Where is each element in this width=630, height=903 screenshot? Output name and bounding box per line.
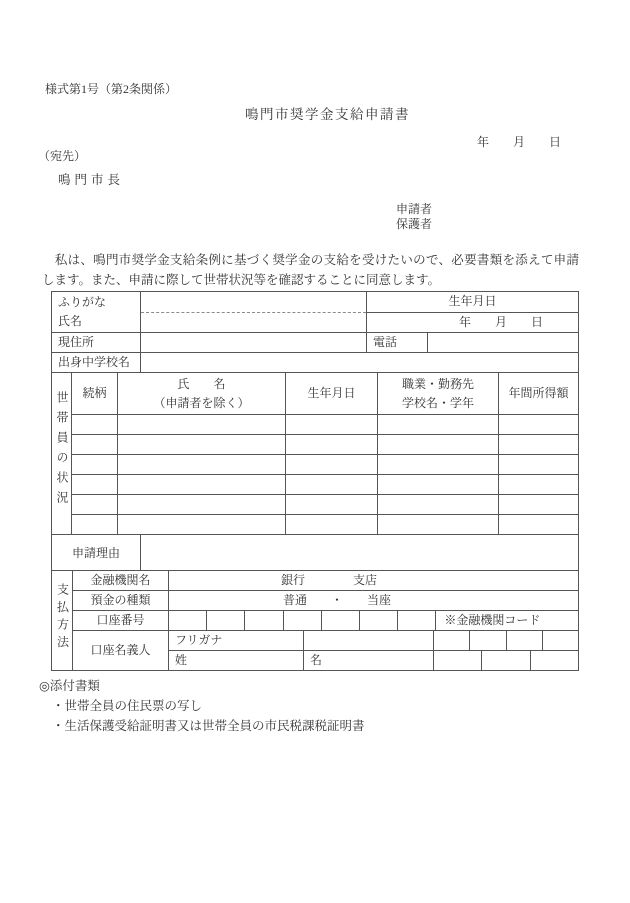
payment-side-label-cell: 支払方法 bbox=[52, 571, 73, 671]
holder-furigana-label: フリガナ bbox=[169, 631, 303, 650]
occupation-field[interactable] bbox=[378, 415, 499, 435]
income-field[interactable] bbox=[499, 495, 579, 515]
attachments-heading: ◎添付書類 bbox=[39, 676, 365, 696]
attachment-item: ・生活保護受給証明書又は世帯全員の市民税課税証明書 bbox=[52, 716, 365, 736]
account-digit-box[interactable] bbox=[321, 611, 359, 630]
phone-label: 電話 bbox=[367, 333, 428, 353]
relationship-field[interactable] bbox=[72, 415, 118, 435]
household-side-label: 世帯員の状況 bbox=[52, 391, 71, 511]
phone-field[interactable] bbox=[428, 333, 579, 353]
account-digit-box[interactable] bbox=[169, 611, 206, 630]
member-birthdate-field[interactable] bbox=[286, 475, 378, 495]
deposit-type-field[interactable]: 普通 ・ 当座 bbox=[169, 591, 579, 611]
income-field[interactable] bbox=[499, 475, 579, 495]
address-field[interactable] bbox=[141, 333, 367, 353]
occupation-field[interactable] bbox=[378, 435, 499, 455]
member-birthdate-field[interactable] bbox=[286, 515, 378, 535]
document-page: 様式第1号（第2条関係） 鳴門市奨学金支給申請書 年 月 日 （宛先） 鳴門市長… bbox=[0, 0, 630, 903]
branch-code-box[interactable] bbox=[530, 651, 578, 670]
applicant-table: ふりがな 氏名 生年月日 年 月 日 現住所 電話 出身中学校名 bbox=[51, 291, 579, 373]
income-field[interactable] bbox=[499, 415, 579, 435]
branch-suffix: 支店 bbox=[353, 573, 377, 587]
relationship-header: 続柄 bbox=[72, 373, 118, 415]
occupation-field[interactable] bbox=[378, 475, 499, 495]
income-field[interactable] bbox=[499, 455, 579, 475]
guardian-label: 保護者 bbox=[396, 215, 432, 232]
birthdate-field[interactable]: 年 月 日 bbox=[367, 312, 579, 333]
form-number: 様式第1号（第2条関係） bbox=[45, 80, 177, 97]
deposit-type-options: 普通 ・ 当座 bbox=[169, 591, 578, 610]
relationship-field[interactable] bbox=[72, 435, 118, 455]
occupation-field[interactable] bbox=[378, 515, 499, 535]
last-name-label: 姓 bbox=[169, 651, 303, 670]
income-field[interactable] bbox=[499, 435, 579, 455]
member-name-field[interactable] bbox=[118, 435, 286, 455]
institution-field[interactable]: 銀行支店 bbox=[169, 571, 579, 591]
bank-code-box[interactable] bbox=[469, 631, 505, 650]
attachments-list: ◎添付書類 ・世帯全員の住民票の写し ・生活保護受給証明書又は世帯全員の市民税課… bbox=[39, 676, 365, 736]
member-birthdate-field[interactable] bbox=[286, 455, 378, 475]
member-birthdate-field[interactable] bbox=[286, 435, 378, 455]
relationship-field[interactable] bbox=[72, 495, 118, 515]
member-name-header: 氏 名 （申請者を除く） bbox=[118, 373, 286, 415]
name-label: 氏名 bbox=[58, 312, 140, 331]
addressee-prefix: （宛先） bbox=[38, 147, 86, 164]
institution-code-label: ※金融機関コード bbox=[435, 611, 578, 630]
member-birthdate-field[interactable] bbox=[286, 495, 378, 515]
household-table: 世帯員の状況 続柄 氏 名 （申請者を除く） 生年月日 職業・勤務先 学校名・学… bbox=[51, 372, 579, 535]
member-birthdate-header: 生年月日 bbox=[286, 373, 378, 415]
institution-label: 金融機関名 bbox=[73, 571, 169, 591]
address-label: 現住所 bbox=[52, 333, 141, 353]
deposit-type-label: 預金の種類 bbox=[73, 591, 169, 611]
household-row bbox=[52, 435, 579, 455]
household-side-label-cell: 世帯員の状況 bbox=[52, 373, 72, 535]
account-holder-label: 口座名義人 bbox=[73, 631, 169, 671]
member-name-field[interactable] bbox=[118, 495, 286, 515]
payment-table: 支払方法 金融機関名 銀行支店 預金の種類 普通 ・ 当座 口座番号 bbox=[51, 570, 579, 671]
account-number-label: 口座番号 bbox=[73, 611, 169, 631]
holder-furigana-field[interactable] bbox=[303, 631, 433, 650]
bank-code-box[interactable] bbox=[542, 631, 578, 650]
first-name-label: 名 bbox=[303, 651, 433, 670]
branch-code-box[interactable] bbox=[433, 651, 481, 670]
date-placeholder: 年 月 日 bbox=[477, 133, 561, 150]
name-label-cell: ふりがな 氏名 bbox=[52, 292, 141, 333]
household-row bbox=[52, 475, 579, 495]
payment-side-label: 支払方法 bbox=[53, 583, 72, 653]
income-field[interactable] bbox=[499, 515, 579, 535]
account-digit-box[interactable] bbox=[244, 611, 282, 630]
account-digit-box[interactable] bbox=[283, 611, 321, 630]
household-row bbox=[52, 455, 579, 475]
reason-label: 申請理由 bbox=[52, 535, 141, 571]
occupation-field[interactable] bbox=[378, 455, 499, 475]
relationship-field[interactable] bbox=[72, 455, 118, 475]
school-label: 出身中学校名 bbox=[52, 353, 141, 373]
school-field[interactable] bbox=[141, 353, 579, 373]
birthdate-label: 生年月日 bbox=[367, 292, 579, 313]
household-row bbox=[52, 415, 579, 435]
bank-suffix: 銀行 bbox=[281, 573, 305, 587]
bank-code-box[interactable] bbox=[506, 631, 542, 650]
account-digit-box[interactable] bbox=[359, 611, 397, 630]
reason-field[interactable] bbox=[141, 535, 579, 571]
furigana-label: ふりがな bbox=[58, 293, 140, 312]
member-name-field[interactable] bbox=[118, 515, 286, 535]
occupation-field[interactable] bbox=[378, 495, 499, 515]
branch-code-box[interactable] bbox=[481, 651, 529, 670]
form-tables: ふりがな 氏名 生年月日 年 月 日 現住所 電話 出身中学校名 bbox=[51, 291, 578, 671]
relationship-field[interactable] bbox=[72, 475, 118, 495]
declaration-text: 私は、鳴門市奨学金支給条例に基づく奨学金の支給を受けたいので、必要書類を添えて申… bbox=[42, 250, 579, 290]
furigana-field[interactable] bbox=[141, 292, 367, 313]
name-field[interactable] bbox=[141, 312, 367, 333]
income-header: 年間所得額 bbox=[499, 373, 579, 415]
member-name-field[interactable] bbox=[118, 455, 286, 475]
relationship-field[interactable] bbox=[72, 515, 118, 535]
attachment-item: ・世帯全員の住民票の写し bbox=[52, 696, 365, 716]
member-name-field[interactable] bbox=[118, 415, 286, 435]
household-row bbox=[52, 515, 579, 535]
account-digit-box[interactable] bbox=[397, 611, 435, 630]
member-birthdate-field[interactable] bbox=[286, 415, 378, 435]
bank-code-box[interactable] bbox=[433, 631, 469, 650]
household-row bbox=[52, 495, 579, 515]
reason-table: 申請理由 bbox=[51, 534, 579, 571]
account-digit-box[interactable] bbox=[206, 611, 244, 630]
addressee: 鳴門市長 bbox=[58, 170, 124, 188]
page-title: 鳴門市奨学金支給申請書 bbox=[245, 103, 410, 123]
occupation-header: 職業・勤務先 学校名・学年 bbox=[378, 373, 499, 415]
member-name-field[interactable] bbox=[118, 475, 286, 495]
